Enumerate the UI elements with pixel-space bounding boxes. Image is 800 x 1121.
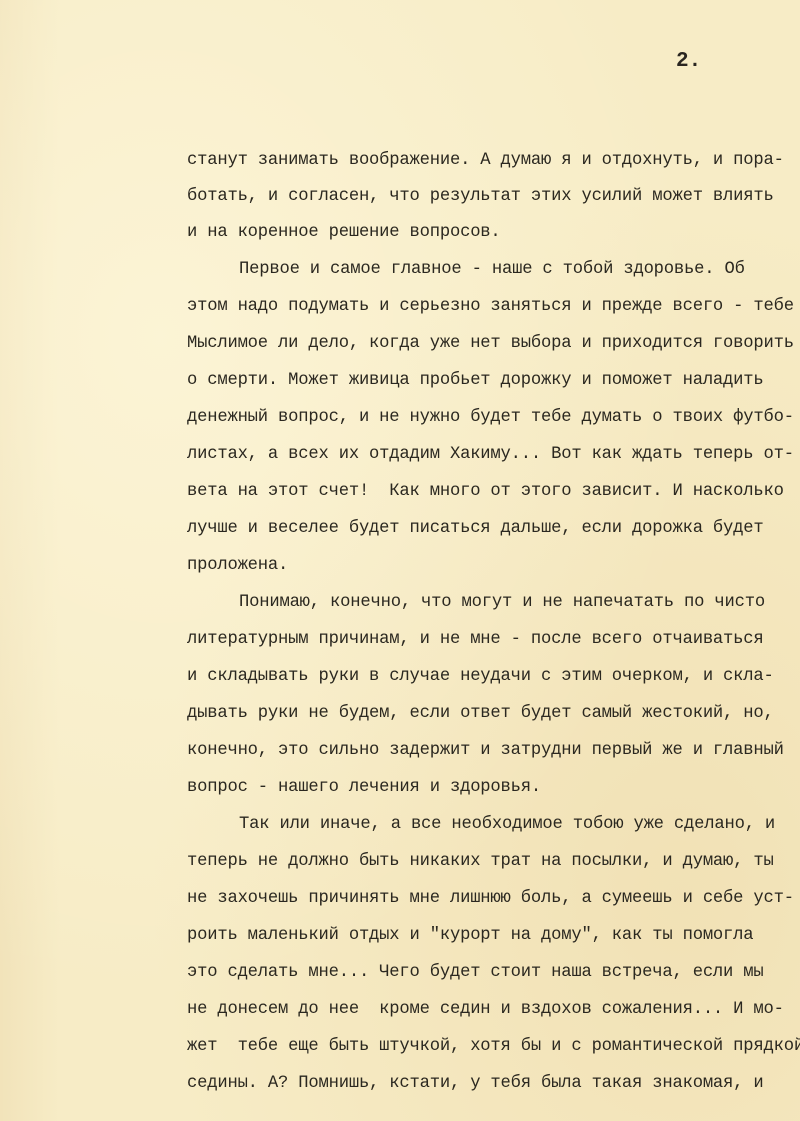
letter-page: 2. станут занимать воображение. А думаю … <box>0 0 800 1121</box>
text-line-25: жет тебе еще быть штучкой, хотя бы и с р… <box>187 1036 800 1058</box>
text-line-12: проложена. <box>187 555 288 577</box>
text-line-7: о смерти. Может живица пробьет дорожку и… <box>187 370 764 392</box>
text-line-8: денежный вопрос, и не нужно будет тебе д… <box>187 407 794 429</box>
text-line-5: этом надо подумать и серьезно заняться и… <box>187 296 794 318</box>
text-line-18: вопрос - нашего лечения и здоровья. <box>187 777 541 799</box>
text-line-4: Первое и самое главное - наше с тобой зд… <box>239 259 745 281</box>
text-line-2: ботать, и согласен, что результат этих у… <box>187 186 774 208</box>
text-line-1: станут занимать воображение. А думаю я и… <box>187 150 784 172</box>
text-line-11: лучше и веселее будет писаться дальше, е… <box>187 518 764 540</box>
text-line-20: теперь не должно быть никаких трат на по… <box>187 851 774 873</box>
text-line-14: литературным причинам, и не мне - после … <box>187 629 764 651</box>
text-line-19: Так или иначе, а все необходимое тобою у… <box>239 814 775 836</box>
text-line-26: седины. А? Помнишь, кстати, у тебя была … <box>187 1073 764 1095</box>
text-line-23: это сделать мне... Чего будет стоит наша… <box>187 962 764 984</box>
text-line-21: не захочешь причинять мне лишнюю боль, а… <box>187 888 794 910</box>
text-line-15: и складывать руки в случае неудачи с эти… <box>187 666 774 688</box>
text-line-22: роить маленький отдых и "курорт на дому"… <box>187 925 753 947</box>
text-line-17: конечно, это сильно задержит и затрудни … <box>187 740 784 762</box>
text-line-3: и на коренное решение вопросов. <box>187 222 501 244</box>
text-line-9: листах, а всех их отдадим Хакиму... Вот … <box>187 444 794 466</box>
text-line-16: дывать руки не будем, если ответ будет с… <box>187 703 774 725</box>
text-line-6: Мыслимое ли дело, когда уже нет выбора и… <box>187 333 794 355</box>
text-line-13: Понимаю, конечно, что могут и не напечат… <box>239 592 765 614</box>
text-line-10: вета на этот счет! Как много от этого за… <box>187 481 784 503</box>
text-line-24: не донесем до нее кроме седин и вздохов … <box>187 999 784 1021</box>
page-number: 2. <box>676 50 701 73</box>
